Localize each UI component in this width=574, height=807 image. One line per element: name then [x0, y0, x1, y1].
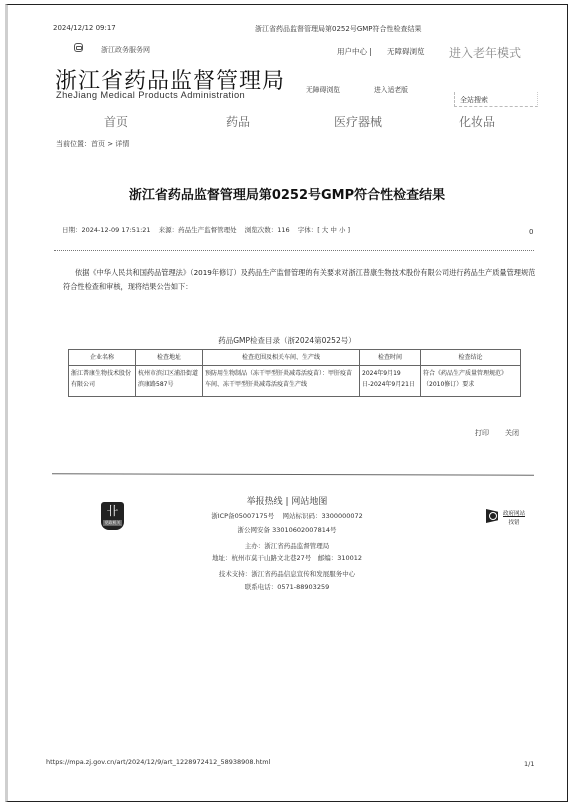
cell-time: 2024年9月19日-2024年9月21日 — [360, 366, 421, 397]
accessible-browse-link[interactable]: 无障碍浏览 — [387, 46, 425, 57]
breadcrumb: 当前位置：首页 > 详情 — [56, 139, 129, 149]
col-company: 企业名称 — [69, 350, 136, 366]
divider — [54, 250, 534, 251]
icp-number[interactable]: 浙ICP备05007175号 — [211, 512, 274, 520]
print-doc-title: 浙江省药品监督管理局第0252号GMP符合性检查结果 — [255, 24, 422, 34]
print-url: https://mpa.zj.gov.cn/art/2024/12/9/art_… — [46, 758, 270, 766]
site-id: 网站标识码：3300000072 — [282, 512, 362, 520]
footer-tech-support: 技术支持：浙江省药品信息宣传和发展服务中心 — [0, 569, 574, 578]
accessible-link[interactable]: 无障碍浏览 — [306, 84, 340, 94]
nav-cosmetics[interactable]: 化妆品 — [459, 113, 495, 130]
print-button[interactable]: 打印 — [475, 428, 489, 438]
page-title: 浙江省药品监督管理局第0252号GMP符合性检查结果 — [0, 184, 574, 203]
view-count: 浏览次数：116 — [245, 226, 290, 234]
cell-scope: 预防用生物制品（冻干甲型肝炎减毒活疫苗）：甲肝疫苗车间、冻干甲型肝炎减毒活疫苗生… — [203, 366, 360, 397]
magnifier-icon — [489, 512, 497, 520]
elder-version-link[interactable]: 进入适老版 — [374, 84, 408, 94]
user-center-link[interactable]: 用户中心 | — [337, 46, 372, 57]
col-conclusion: 检查结论 — [421, 350, 521, 366]
counter: 0 — [529, 228, 533, 236]
page-number: 1/1 — [524, 760, 534, 768]
article-body: 依据《中华人民共和国药品管理法》（2019年修订）及药品生产监督管理的有关要求对… — [63, 266, 538, 294]
footer-phone: 联系电话：0571-88903259 — [0, 582, 574, 591]
elder-mode-link[interactable]: 进入老年模式 — [449, 44, 521, 61]
footer-address: 地址：杭州市莫干山路文北巷27号 邮编：310012 — [0, 553, 574, 562]
source: 来源：药品生产监督管理处 — [159, 226, 237, 234]
close-button[interactable]: 关闭 — [505, 428, 519, 438]
publish-date: 日期：2024-12-09 17:51:21 — [62, 226, 151, 234]
cell-address: 杭州市滨江区浦沿街道滨康路587号 — [136, 366, 203, 397]
footer-police-record[interactable]: 浙公网安备 33010602007814号 — [0, 525, 574, 534]
find-error-label: 政府网站 找错 — [503, 510, 525, 528]
cell-conclusion: 符合《药品生产质量管理规范》（2010修订）要求 — [421, 366, 521, 397]
article-meta: 日期：2024-12-09 17:51:21 来源：药品生产监督管理处 浏览次数… — [62, 225, 356, 234]
col-scope: 检查范围及相关车间、生产线 — [203, 350, 360, 366]
portal-icon — [74, 43, 83, 52]
font-size-switcher[interactable]: 字体：[ 大 中 小 ] — [298, 226, 350, 234]
nav-home[interactable]: 首页 — [104, 113, 128, 130]
cell-company: 浙江普康生物技术股份有限公司 — [69, 366, 136, 397]
table-row: 浙江普康生物技术股份有限公司 杭州市滨江区浦沿街道滨康路587号 预防用生物制品… — [69, 366, 521, 397]
nav-medical-devices[interactable]: 医疗器械 — [334, 113, 382, 130]
site-search-input[interactable]: 全站搜索 — [454, 92, 538, 107]
footer-links[interactable]: 举报热线 | 网站地图 — [0, 494, 574, 507]
search-placeholder: 全站搜索 — [460, 95, 488, 105]
site-logo-subtitle: ZheJiang Medical Products Administration — [56, 90, 245, 100]
col-time: 检查时间 — [360, 350, 421, 366]
print-datetime: 2024/12/12 09:17 — [53, 24, 116, 32]
footer-host: 主办：浙江省药品监督管理局 — [0, 541, 574, 550]
gmp-inspection-table: 企业名称 检查地址 检查范围及相关车间、生产线 检查时间 检查结论 浙江普康生物… — [68, 349, 521, 397]
table-caption: 药品GMP检查目录（浙2024第0252号） — [0, 335, 574, 346]
table-header-row: 企业名称 检查地址 检查范围及相关车间、生产线 检查时间 检查结论 — [69, 350, 521, 366]
portal-link[interactable]: 浙江政务服务网 — [101, 45, 150, 55]
col-address: 检查地址 — [136, 350, 203, 366]
nav-drugs[interactable]: 药品 — [226, 113, 250, 130]
